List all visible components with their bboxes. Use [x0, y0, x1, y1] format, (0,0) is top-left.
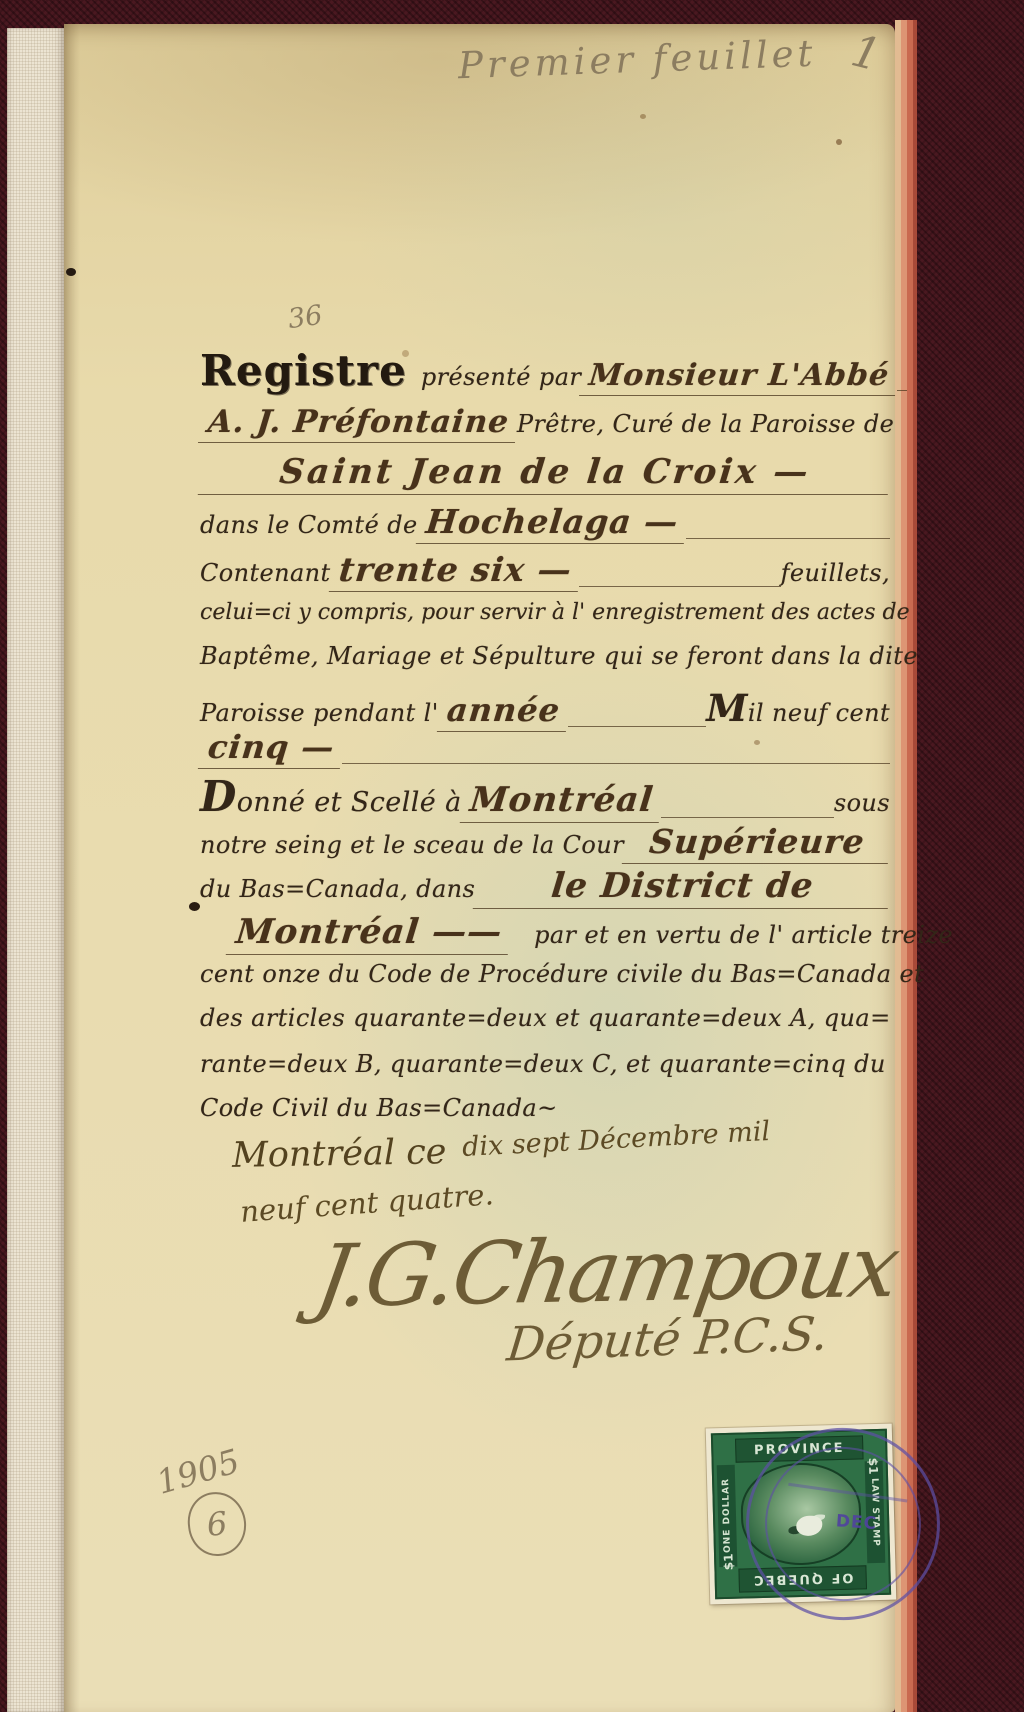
- legal-line1: par et en vertu de l' article treize: [534, 921, 953, 949]
- form-line-seal: notre seing et le sceau de la Cour Supér…: [200, 822, 890, 864]
- form-line-purpose1: celui=ci y compris, pour servir à l' enr…: [200, 600, 890, 625]
- register-title: Registre: [200, 346, 407, 395]
- issued-place: Montréal: [459, 780, 663, 823]
- district-place: Montréal ——: [226, 912, 513, 955]
- cancellation-month: DEC: [835, 1511, 877, 1534]
- form-line-legal3: des articles quarante=deux et quarante=d…: [200, 1004, 890, 1032]
- purpose-line2: Baptême, Mariage et Sépulture qui se fer…: [200, 642, 918, 670]
- signature-title: Député P.C.S.: [504, 1306, 830, 1372]
- issued-suffix: sous: [834, 789, 890, 817]
- form-line-cure: A. J. Préfontaine Prêtre, Curé de la Par…: [200, 404, 890, 443]
- period-label: Paroisse pendant l': [200, 699, 439, 727]
- form-line-jurisdiction: du Bas=Canada, dans le District de: [200, 866, 890, 909]
- legal-line3: des articles quarante=deux et quarante=d…: [200, 1004, 891, 1032]
- form-line-legal5: Code Civil du Bas=Canada~: [200, 1094, 890, 1122]
- form-line-legal4: rante=deux B, quarante=deux C, et quaran…: [200, 1050, 890, 1078]
- blank-rule: [897, 346, 907, 391]
- court-value: Supérieure: [622, 822, 892, 864]
- seal-label: notre seing et le sceau de la Cour: [200, 831, 624, 859]
- cure-name: A. J. Préfontaine: [198, 404, 519, 443]
- circled-number-value: 6: [205, 1504, 229, 1544]
- period-suffix: Mil neuf cent: [706, 686, 890, 730]
- cure-title: Prêtre, Curé de la Paroisse de: [517, 410, 894, 438]
- form-line-county: dans le Comté de Hochelaga —: [200, 502, 890, 544]
- containing-label: Contenant: [200, 559, 331, 587]
- county-label: dans le Comté de: [200, 511, 418, 539]
- year-value: cinq —: [198, 728, 345, 769]
- form-line-purpose2: Baptême, Mariage et Sépulture qui se fer…: [200, 642, 890, 670]
- blank-rule: [568, 686, 707, 727]
- form-line-year: cinq —: [200, 728, 890, 769]
- pencil-sheet-count: 36: [286, 300, 324, 335]
- county-value: Hochelaga —: [415, 502, 688, 544]
- form-line-containing: Contenant trente six — feuillets,: [200, 550, 890, 592]
- binding-cloth-strip: [7, 28, 64, 1712]
- stamp-left-label: ONE DOLLAR: [717, 1465, 738, 1567]
- blank-rule: [661, 772, 834, 818]
- foxing-spot: [754, 740, 760, 745]
- presented-by-label: présenté par: [421, 363, 581, 391]
- ink-speck: [189, 902, 200, 911]
- parish-name: Saint Jean de la Croix —: [198, 452, 893, 495]
- issued-label: Donné et Scellé à: [200, 772, 462, 821]
- form-line-period: Paroisse pendant l' année Mil neuf cent: [200, 686, 890, 732]
- blank-rule: [342, 728, 890, 764]
- foxing-spot: [402, 350, 409, 357]
- blank-rule: [686, 502, 890, 539]
- form-line-issued: Donné et Scellé à Montréal sous: [200, 772, 890, 823]
- jurisdiction-label: du Bas=Canada, dans: [200, 875, 475, 903]
- ink-speck: [66, 268, 76, 276]
- register-book-photo: Premier feuillet 1 36 Registre présenté …: [0, 0, 1024, 1712]
- legal-line4: rante=deux B, quarante=deux C, et quaran…: [200, 1050, 886, 1078]
- form-line-district-place: Montréal —— par et en vertu de l' articl…: [200, 912, 890, 955]
- legal-line2: cent onze du Code de Procédure civile du…: [200, 960, 924, 988]
- form-line-legal2: cent onze du Code de Procédure civile du…: [200, 960, 890, 988]
- district-value: le District de: [473, 866, 892, 909]
- date-place: Montréal ce: [232, 1132, 447, 1176]
- gutter-crease-shadow: [64, 24, 80, 1712]
- blank-rule: [579, 550, 780, 587]
- legal-line5: Code Civil du Bas=Canada~: [200, 1094, 558, 1122]
- purpose-line1: celui=ci y compris, pour servir à l' enr…: [200, 600, 910, 625]
- form-line-parish: Saint Jean de la Croix —: [200, 452, 890, 495]
- period-value: année: [437, 691, 570, 732]
- presented-by-value: Monsieur L'Abbé: [579, 358, 899, 396]
- containing-value: trente six —: [328, 550, 581, 592]
- foxing-spot: [836, 139, 842, 145]
- foxing-spot: [640, 114, 646, 119]
- stamp-denomination: $1: [721, 1553, 735, 1570]
- form-line-title: Registre présenté par Monsieur L'Abbé: [200, 346, 890, 396]
- containing-suffix: feuillets,: [781, 559, 890, 587]
